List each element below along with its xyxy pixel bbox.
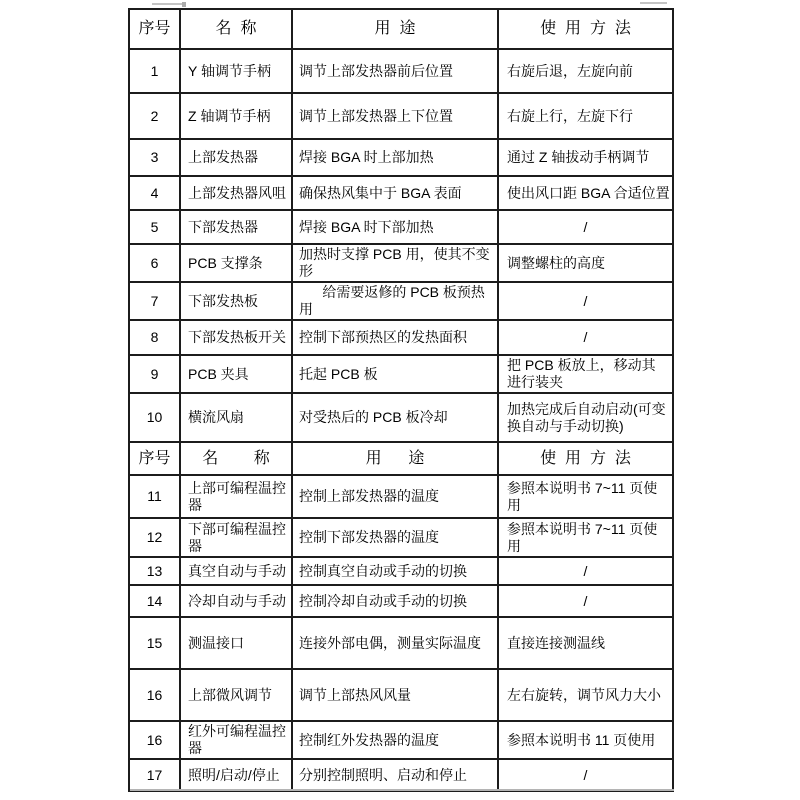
name-cell: Z 轴调节手柄	[180, 93, 292, 139]
method-cell: 左右旋转，调节风力大小	[498, 669, 673, 721]
method-cell: /	[498, 585, 673, 617]
usage-table: 序号名 称用 途使 用 方 法1Y 轴调节手柄调节上部发热器前后位置右旋后退，左…	[128, 8, 674, 792]
purpose-cell: 焊接 BGA 时下部加热	[292, 210, 498, 244]
table-row: 13真空自动与手动控制真空自动或手动的切换/	[129, 557, 673, 585]
table-row: 9PCB 夹具托起 PCB 板把 PCB 板放上，移动其 进行装夹	[129, 355, 673, 393]
index-cell: 13	[129, 557, 180, 585]
purpose-cell: 托起 PCB 板	[292, 355, 498, 393]
document-page: 序号名 称用 途使 用 方 法1Y 轴调节手柄调节上部发热器前后位置右旋后退，左…	[128, 8, 674, 792]
index-cell: 4	[129, 176, 180, 210]
table-row: 14冷却自动与手动控制冷却自动或手动的切换/	[129, 585, 673, 617]
name-cell: Y 轴调节手柄	[180, 49, 292, 93]
index-cell: 3	[129, 139, 180, 176]
name-cell: 冷却自动与手动	[180, 585, 292, 617]
method-cell: 参照本说明书 7~11 页使用	[498, 518, 673, 557]
column-header-name: 名 称	[180, 442, 292, 475]
name-cell: PCB 夹具	[180, 355, 292, 393]
purpose-cell: 确保热风集中于 BGA 表面	[292, 176, 498, 210]
method-cell: 参照本说明书 11 页使用	[498, 721, 673, 759]
column-header-index: 序号	[129, 9, 180, 49]
name-cell: 下部可编程温控 器	[180, 518, 292, 557]
column-header-purpose: 用 途	[292, 9, 498, 49]
purpose-cell: 焊接 BGA 时上部加热	[292, 139, 498, 176]
table-row: 12下部可编程温控 器控制下部发热器的温度参照本说明书 7~11 页使用	[129, 518, 673, 557]
column-header-method: 使 用 方 法	[498, 9, 673, 49]
table-row: 16红外可编程温控 器控制红外发热器的温度参照本说明书 11 页使用	[129, 721, 673, 759]
purpose-cell: 控制红外发热器的温度	[292, 721, 498, 759]
usage-table-body: 序号名 称用 途使 用 方 法1Y 轴调节手柄调节上部发热器前后位置右旋后退，左…	[129, 9, 673, 791]
table-row: 11上部可编程温控 器控制上部发热器的温度参照本说明书 7~11 页使用	[129, 475, 673, 518]
table-row: 5下部发热器焊接 BGA 时下部加热/	[129, 210, 673, 244]
purpose-cell: 控制真空自动或手动的切换	[292, 557, 498, 585]
method-cell: 把 PCB 板放上，移动其 进行装夹	[498, 355, 673, 393]
purpose-cell: 调节上部热风风量	[292, 669, 498, 721]
table-row: 2Z 轴调节手柄调节上部发热器上下位置右旋上行，左旋下行	[129, 93, 673, 139]
method-cell: 使出风口距 BGA 合适位置	[498, 176, 673, 210]
name-cell: 上部微风调节	[180, 669, 292, 721]
index-cell: 5	[129, 210, 180, 244]
purpose-cell: 对受热后的 PCB 板冷却	[292, 393, 498, 442]
index-cell: 15	[129, 617, 180, 669]
header-row: 序号名 称用 途使 用 方 法	[129, 9, 673, 49]
name-cell: 红外可编程温控 器	[180, 721, 292, 759]
name-cell: 真空自动与手动	[180, 557, 292, 585]
purpose-cell: 分别控制照明、启动和停止	[292, 759, 498, 791]
index-cell: 7	[129, 282, 180, 320]
purpose-cell: 调节上部发热器上下位置	[292, 93, 498, 139]
table-row: 1Y 轴调节手柄调节上部发热器前后位置右旋后退，左旋向前	[129, 49, 673, 93]
purpose-cell: 控制冷却自动或手动的切换	[292, 585, 498, 617]
method-cell: 右旋上行，左旋下行	[498, 93, 673, 139]
method-cell: 参照本说明书 7~11 页使用	[498, 475, 673, 518]
index-cell: 14	[129, 585, 180, 617]
name-cell: 上部发热器	[180, 139, 292, 176]
table-row: 17照明/启动/停止分别控制照明、启动和停止/	[129, 759, 673, 791]
column-header-purpose: 用 途	[292, 442, 498, 475]
method-cell: 调整螺柱的高度	[498, 244, 673, 282]
table-row: 3上部发热器焊接 BGA 时上部加热通过 Z 轴拔动手柄调节	[129, 139, 673, 176]
index-cell: 12	[129, 518, 180, 557]
method-cell: /	[498, 320, 673, 355]
table-row: 7下部发热板 给需要返修的 PCB 板预热用/	[129, 282, 673, 320]
column-header-index: 序号	[129, 442, 180, 475]
method-cell: 加热完成后自动启动(可变 换自动与手动切换)	[498, 393, 673, 442]
index-cell: 11	[129, 475, 180, 518]
index-cell: 2	[129, 93, 180, 139]
column-header-method: 使 用 方 法	[498, 442, 673, 475]
purpose-cell: 控制上部发热器的温度	[292, 475, 498, 518]
index-cell: 16	[129, 669, 180, 721]
scan-artifact-bottom-line	[130, 789, 674, 791]
purpose-cell: 调节上部发热器前后位置	[292, 49, 498, 93]
name-cell: 上部可编程温控 器	[180, 475, 292, 518]
name-cell: 下部发热板开关	[180, 320, 292, 355]
name-cell: 测温接口	[180, 617, 292, 669]
header-row: 序号名 称用 途使 用 方 法	[129, 442, 673, 475]
name-cell: 上部发热器风咀	[180, 176, 292, 210]
index-cell: 8	[129, 320, 180, 355]
name-cell: 下部发热板	[180, 282, 292, 320]
name-cell: 下部发热器	[180, 210, 292, 244]
scan-artifact-top-right	[640, 2, 667, 4]
index-cell: 10	[129, 393, 180, 442]
table-row: 4上部发热器风咀确保热风集中于 BGA 表面使出风口距 BGA 合适位置	[129, 176, 673, 210]
name-cell: PCB 支撑条	[180, 244, 292, 282]
method-cell: /	[498, 759, 673, 791]
method-cell: 直接连接测温线	[498, 617, 673, 669]
name-cell: 横流风扇	[180, 393, 292, 442]
table-row: 8下部发热板开关控制下部预热区的发热面积/	[129, 320, 673, 355]
table-row: 10横流风扇对受热后的 PCB 板冷却加热完成后自动启动(可变 换自动与手动切换…	[129, 393, 673, 442]
table-row: 15测温接口连接外部电偶，测量实际温度直接连接测温线	[129, 617, 673, 669]
index-cell: 9	[129, 355, 180, 393]
method-cell: /	[498, 557, 673, 585]
method-cell: /	[498, 210, 673, 244]
purpose-cell: 给需要返修的 PCB 板预热用	[292, 282, 498, 320]
table-row: 16上部微风调节调节上部热风风量左右旋转，调节风力大小	[129, 669, 673, 721]
purpose-cell: 加热时支撑 PCB 用，使其不变形	[292, 244, 498, 282]
column-header-name: 名 称	[180, 9, 292, 49]
method-cell: /	[498, 282, 673, 320]
method-cell: 通过 Z 轴拔动手柄调节	[498, 139, 673, 176]
scan-artifact-top-left-tick	[182, 2, 186, 7]
name-cell: 照明/启动/停止	[180, 759, 292, 791]
table-row: 6PCB 支撑条加热时支撑 PCB 用，使其不变形调整螺柱的高度	[129, 244, 673, 282]
index-cell: 6	[129, 244, 180, 282]
index-cell: 16	[129, 721, 180, 759]
method-cell: 右旋后退，左旋向前	[498, 49, 673, 93]
purpose-cell: 控制下部预热区的发热面积	[292, 320, 498, 355]
index-cell: 17	[129, 759, 180, 791]
index-cell: 1	[129, 49, 180, 93]
purpose-cell: 连接外部电偶，测量实际温度	[292, 617, 498, 669]
purpose-cell: 控制下部发热器的温度	[292, 518, 498, 557]
scan-artifact-top-left	[152, 3, 185, 5]
